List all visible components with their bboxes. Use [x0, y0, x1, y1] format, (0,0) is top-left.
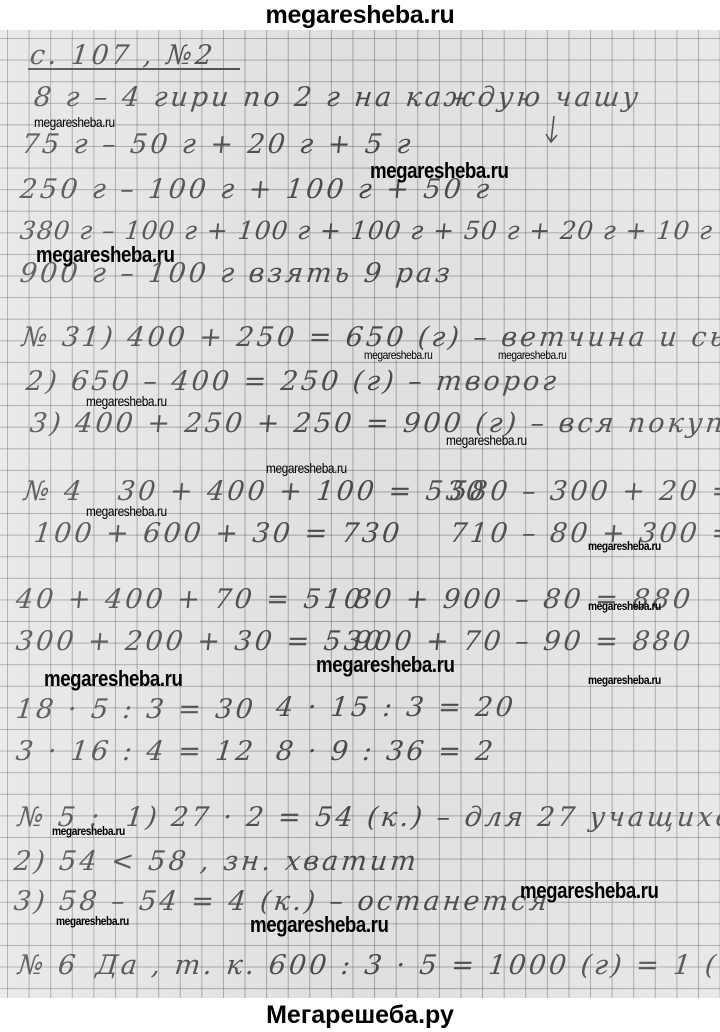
task4-left-5: 18 · 5 : 3 = 30 — [14, 694, 257, 725]
page-title: с. 107 , №2 — [28, 40, 217, 71]
task5-step-2: 2) 54 < 58 , зн. хватит — [12, 846, 420, 877]
watermark: megaresheba.ru — [86, 503, 167, 519]
task2-line-2: 75 г – 50 г + 20 г + 5 г — [20, 129, 415, 160]
watermark: megaresheba.ru — [370, 158, 509, 184]
notebook-page: с. 107 , №2 8 г – 4 гири по 2 г на кажду… — [0, 30, 720, 998]
watermark: megaresheba.ru — [56, 914, 129, 928]
task4-left-2: 100 + 600 + 30 = 730 — [32, 518, 404, 549]
site-header-logo[interactable]: megaresheba.ru — [0, 0, 720, 30]
watermark: megaresheba.ru — [86, 393, 167, 409]
watermark: megaresheba.ru — [250, 912, 389, 938]
task2-line-4: 380 г – 100 г + 100 г + 100 г + 50 г + 2… — [18, 216, 714, 245]
title-underline — [28, 68, 240, 70]
task4-left-1: 30 + 400 + 100 = 530 — [116, 476, 488, 507]
task4-right-2: 710 – 80 + 300 = 930 — [448, 518, 720, 549]
watermark: megaresheba.ru — [34, 114, 115, 130]
watermark: megaresheba.ru — [266, 460, 347, 476]
task3-label: № 3 — [20, 322, 84, 353]
watermark: megaresheba.ru — [520, 878, 659, 904]
watermark: megaresheba.ru — [52, 824, 125, 838]
task6-answer: Да , т. к. 600 : 3 · 5 = 1000 (г) = 1 (к… — [94, 950, 720, 981]
watermark: megaresheba.ru — [36, 242, 175, 268]
task4-label: № 4 — [22, 476, 86, 507]
task5-step-1: 1) 27 · 2 = 54 (к.) – для 27 учащихся — [124, 802, 720, 833]
watermark: megaresheba.ru — [446, 432, 527, 448]
task4-right-6: 8 · 9 : 36 = 2 — [274, 736, 497, 767]
watermark: megaresheba.ru — [44, 666, 183, 692]
watermark: megaresheba.ru — [588, 539, 661, 553]
watermark: megaresheba.ru — [588, 599, 661, 613]
site-footer-logo[interactable]: Мегарешеба.ру — [0, 998, 720, 1032]
task4-right-1: 580 – 300 + 20 = 300 — [448, 476, 720, 507]
task4-left-3: 40 + 400 + 70 = 510 — [14, 584, 365, 615]
arrow-down-icon — [545, 116, 559, 144]
task2-line-1: 8 г – 4 гири по 2 г на каждую чашу — [32, 82, 642, 113]
watermark: megaresheba.ru — [364, 348, 432, 362]
watermark: megaresheba.ru — [316, 652, 455, 678]
watermark: megaresheba.ru — [498, 348, 566, 362]
task6-label: № 6 — [16, 950, 80, 981]
task4-left-6: 3 · 16 : 4 = 12 — [14, 736, 257, 767]
watermark: megaresheba.ru — [588, 673, 661, 687]
task3-step-3: 3) 400 + 250 + 250 = 900 (г) – вся покуп… — [28, 408, 720, 439]
task4-right-5: 4 · 15 : 3 = 20 — [274, 692, 517, 723]
